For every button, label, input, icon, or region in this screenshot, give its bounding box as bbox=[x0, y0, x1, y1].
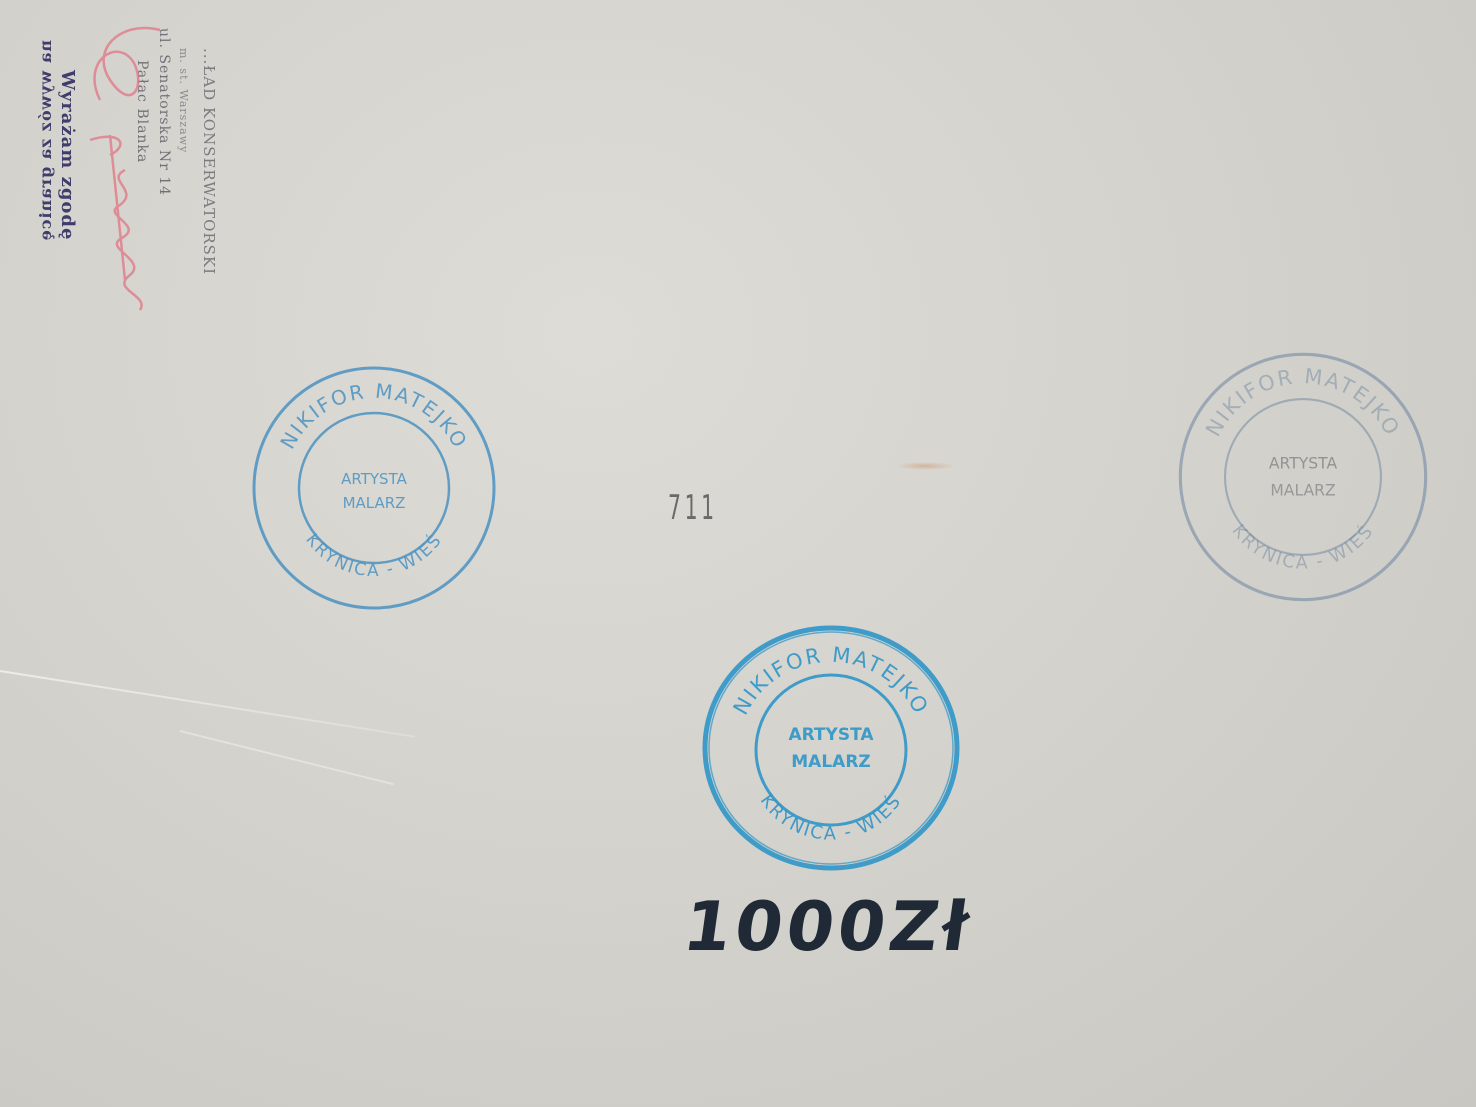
stamp-profession: MALARZ bbox=[791, 752, 870, 772]
paper-crease bbox=[0, 670, 415, 738]
artist-stamp: NIKIFOR MATEJKO KRYNICA - WIEŚ ARTYSTA M… bbox=[248, 362, 500, 614]
stamp-profession: MALARZ bbox=[1270, 482, 1335, 500]
stamp-title: ARTYSTA bbox=[788, 725, 874, 745]
inventory-number: 711 bbox=[668, 488, 718, 528]
rust-stain bbox=[895, 462, 955, 470]
stamp-profession: MALARZ bbox=[343, 494, 406, 512]
signature bbox=[50, 20, 180, 320]
conservator-stamp-line: ...ŁAD KONSERWATORSKI bbox=[200, 48, 218, 275]
artist-stamp: NIKIFOR MATEJKO KRYNICA - WIEŚ ARTYSTA M… bbox=[700, 622, 962, 874]
stamp-title: ARTYSTA bbox=[1269, 455, 1338, 473]
svg-text:KRYNICA - WIEŚ: KRYNICA - WIEŚ bbox=[1228, 520, 1379, 574]
price-note: 1000Zł bbox=[678, 888, 977, 967]
stamp-location: KRYNICA - WIEŚ bbox=[1228, 520, 1379, 574]
stamp-title: ARTYSTA bbox=[341, 470, 407, 488]
conservator-stamp: ...ŁAD KONSERWATORSKI m. st. Warszawy ul… bbox=[0, 0, 240, 330]
paper-crease bbox=[180, 730, 394, 785]
stamp-location: KRYNICA - WIEŚ bbox=[756, 790, 906, 845]
stamp-location: KRYNICA - WIEŚ bbox=[301, 529, 446, 581]
svg-text:KRYNICA - WIEŚ: KRYNICA - WIEŚ bbox=[301, 529, 446, 581]
paper-background: ...ŁAD KONSERWATORSKI m. st. Warszawy ul… bbox=[0, 0, 1476, 1107]
artist-stamp: NIKIFOR MATEJKO KRYNICA - WIEŚ ARTYSTA M… bbox=[1172, 346, 1434, 608]
svg-text:KRYNICA - WIEŚ: KRYNICA - WIEŚ bbox=[756, 790, 906, 845]
